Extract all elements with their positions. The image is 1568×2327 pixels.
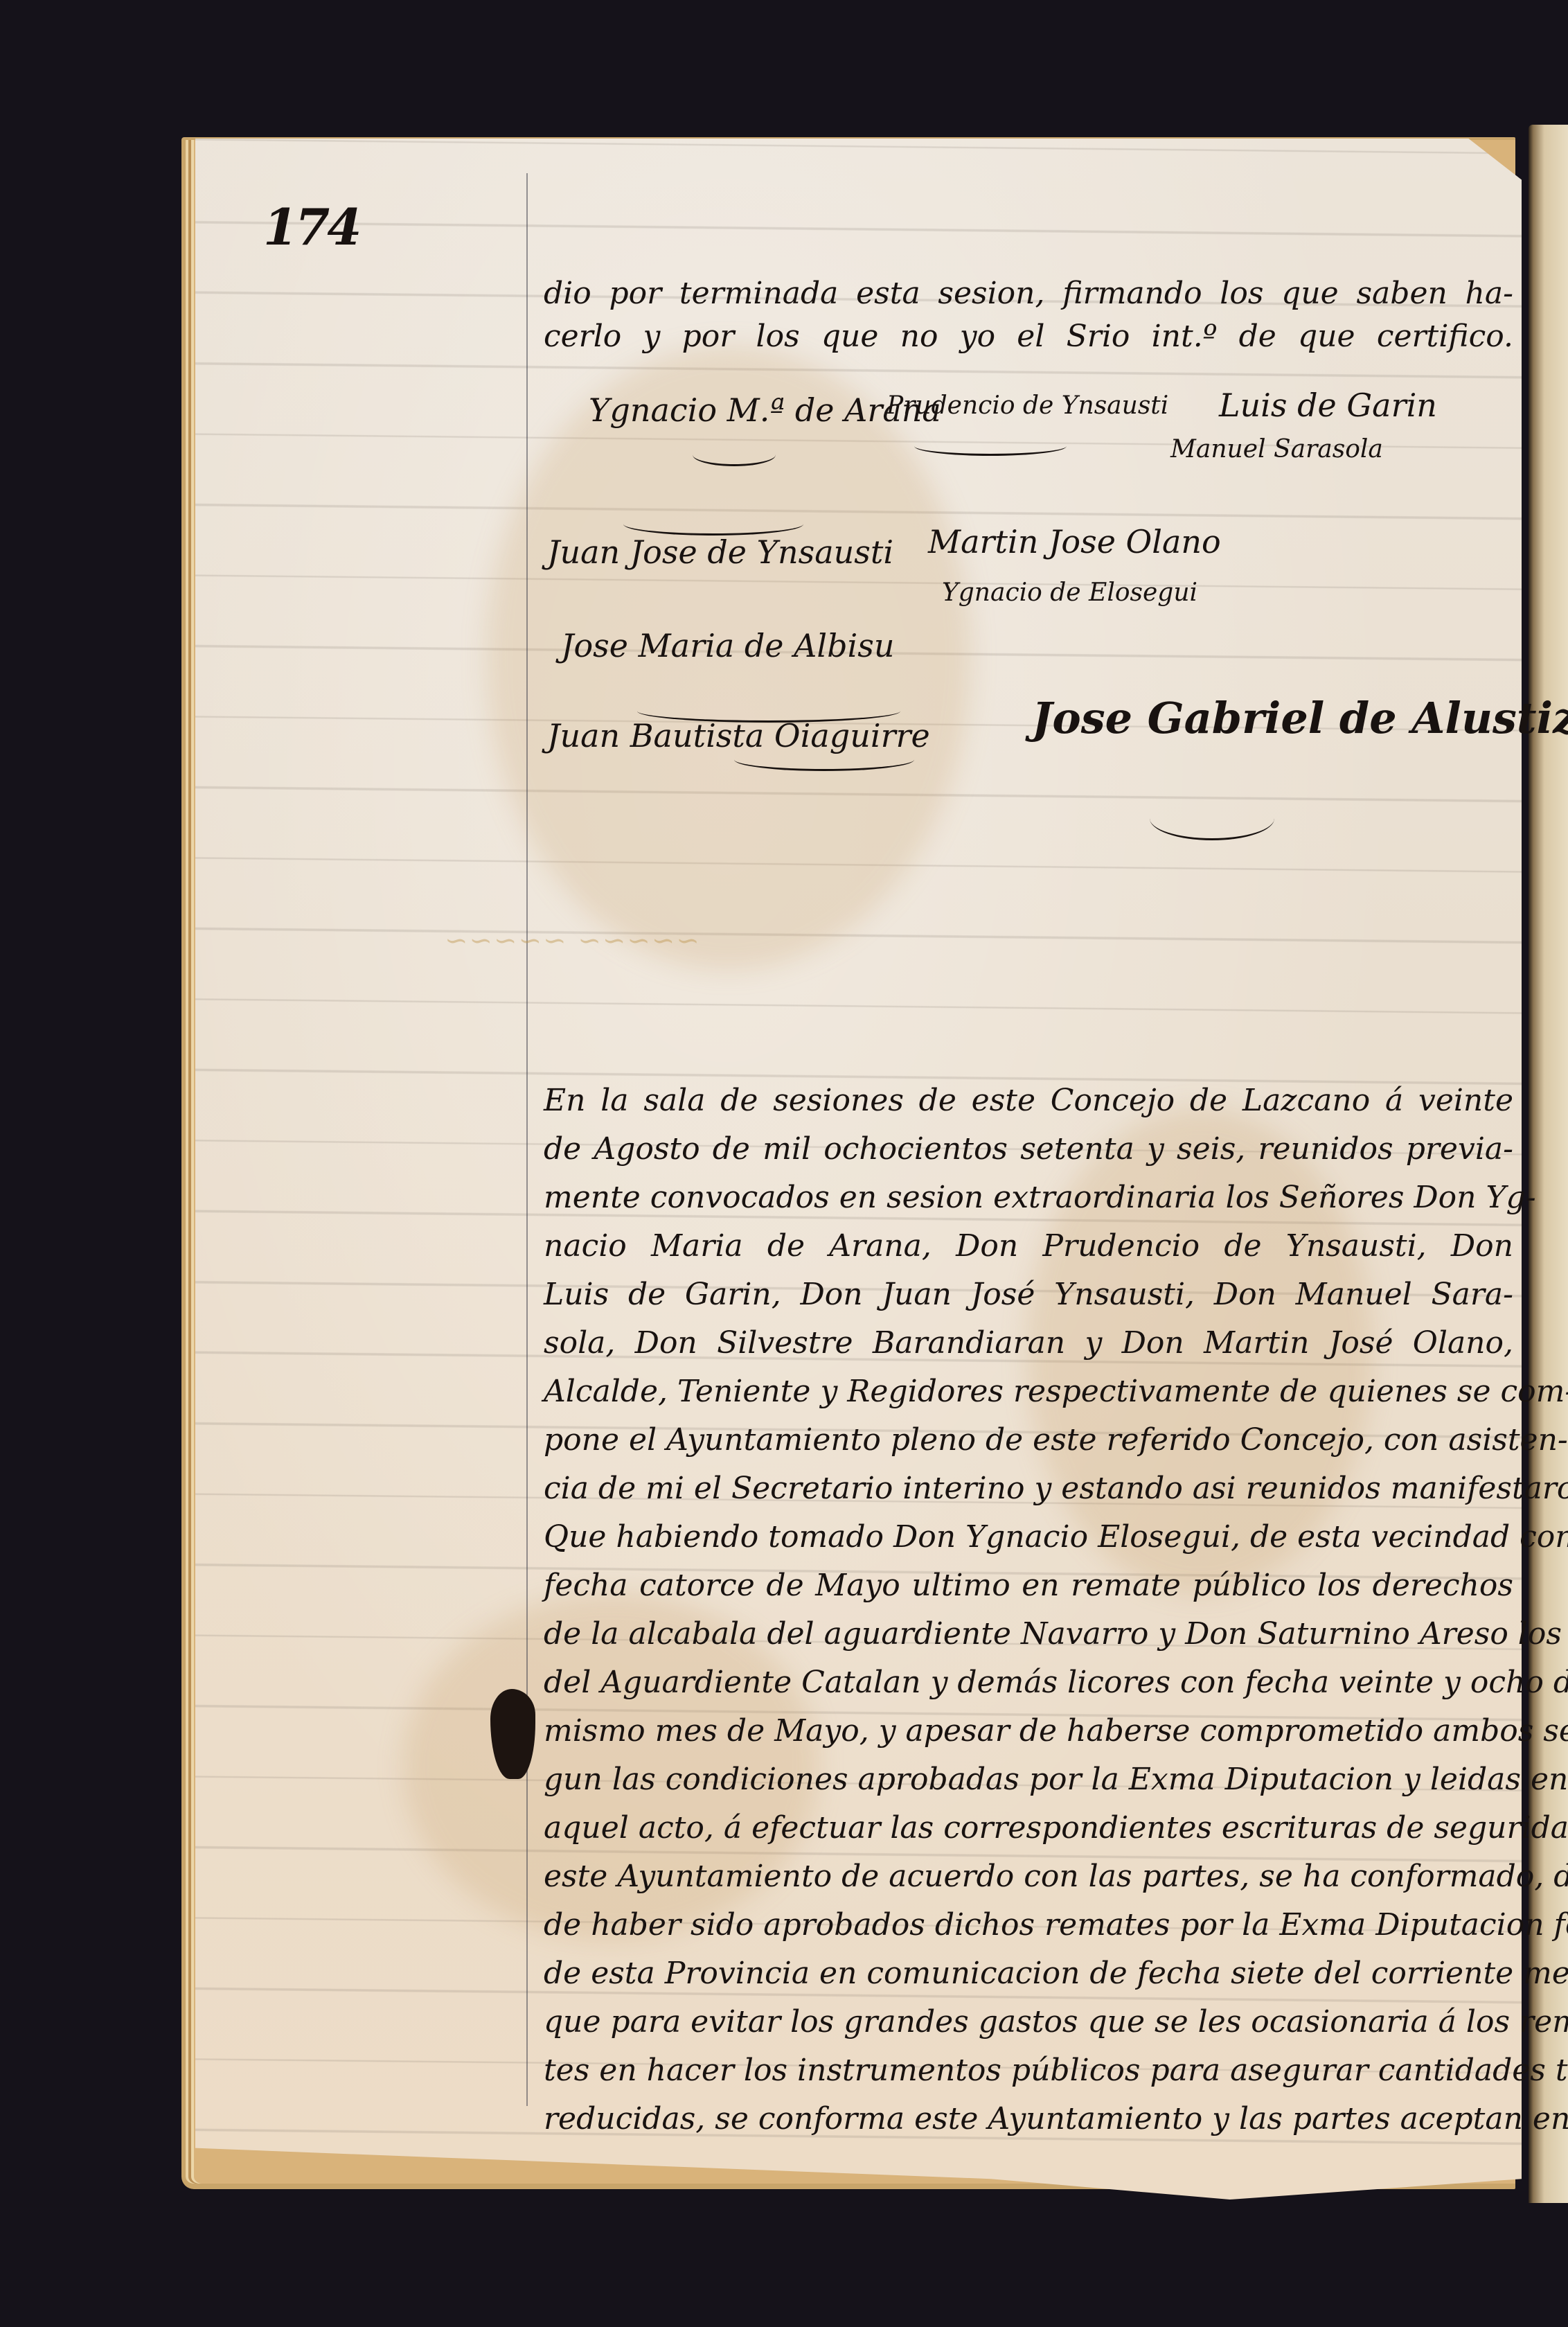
entry-line: de la alcabala del aguardiente Navarro y… [544,1616,1513,1652]
entry-line: de haber sido aprobados dichos remates p… [544,1907,1513,1943]
bleed-through-text: ~~~~~ ~~~~~ [443,925,700,957]
signature-flourish [734,748,914,771]
entry-line: del Aguardiente Catalan y demás licores … [544,1665,1513,1700]
signature-flourish [914,436,1067,456]
entry-line: nacio Maria de Arana, Don Prudencio de Y… [544,1228,1513,1264]
entry-line: que para evitar los grandes gastos que s… [544,2004,1513,2040]
closing-line-2: cerlo y por los que no yo el Srio int.º … [544,319,1513,354]
signature-prudencio-ynsausti: Prudencio de Ynsausti [887,391,1168,420]
entry-line: gun las condiciones aprobadas por la Exm… [544,1762,1513,1797]
entry-line: este Ayuntamiento de acuerdo con las par… [544,1859,1513,1894]
margin-rule-line [526,173,528,2106]
ink-blot [490,1689,535,1779]
entry-line: de Agosto de mil ochocientos setenta y s… [544,1131,1513,1167]
entry-line: sola, Don Silvestre Barandiaran y Don Ma… [544,1325,1513,1361]
signature-flourish [693,443,776,466]
signature-ygnacio-elosegui: Ygnacio de Elosegui [942,578,1197,607]
closing-line-1: dio por terminada esta sesion, firmando … [544,276,1513,311]
signature-jose-maria-albisu: Jose Maria de Albisu [561,627,894,664]
signature-flourish [637,700,900,723]
entry-line: de esta Provincia en comunicacion de fec… [544,1956,1513,1991]
entry-line: mente convocados en sesion extraordinari… [544,1180,1513,1215]
entry-line: aquel acto, á efectuar las correspondien… [544,1810,1513,1846]
signature-flourish [623,513,803,536]
signature-manuel-sarasola: Manuel Sarasola [1170,435,1383,463]
entry-line: fecha catorce de Mayo ultimo en remate p… [544,1568,1513,1603]
entry-line: Luis de Garin, Don Juan José Ynsausti, D… [544,1277,1513,1312]
entry-line: Que habiendo tomado Don Ygnacio Elosegui… [544,1519,1513,1555]
signature-flourish [1150,797,1274,840]
entry-line: cia de mi el Secretario interino y estan… [544,1471,1513,1506]
entry-line: tes en hacer los instrumentos públicos p… [544,2053,1513,2088]
entry-line: Alcalde, Teniente y Regidores respectiva… [544,1374,1513,1409]
entry-line: mismo mes de Mayo, y apesar de haberse c… [544,1713,1513,1749]
signature-martin-jose-olano: Martin Jose Olano [928,523,1221,560]
signature-jose-gabriel: Jose Gabriel de Alustiza [1032,693,1568,743]
entry-line: En la sala de sesiones de este Concejo d… [544,1083,1513,1118]
folio-number: 174 [263,197,359,256]
signature-luis-garin: Luis de Garin [1219,387,1437,424]
entry-line: pone el Ayuntamiento pleno de este refer… [544,1422,1513,1458]
entry-line: reducidas, se conforma este Ayuntamiento… [544,2101,1513,2136]
signature-juan-jose-ynsausti: Juan Jose de Ynsausti [547,533,893,571]
